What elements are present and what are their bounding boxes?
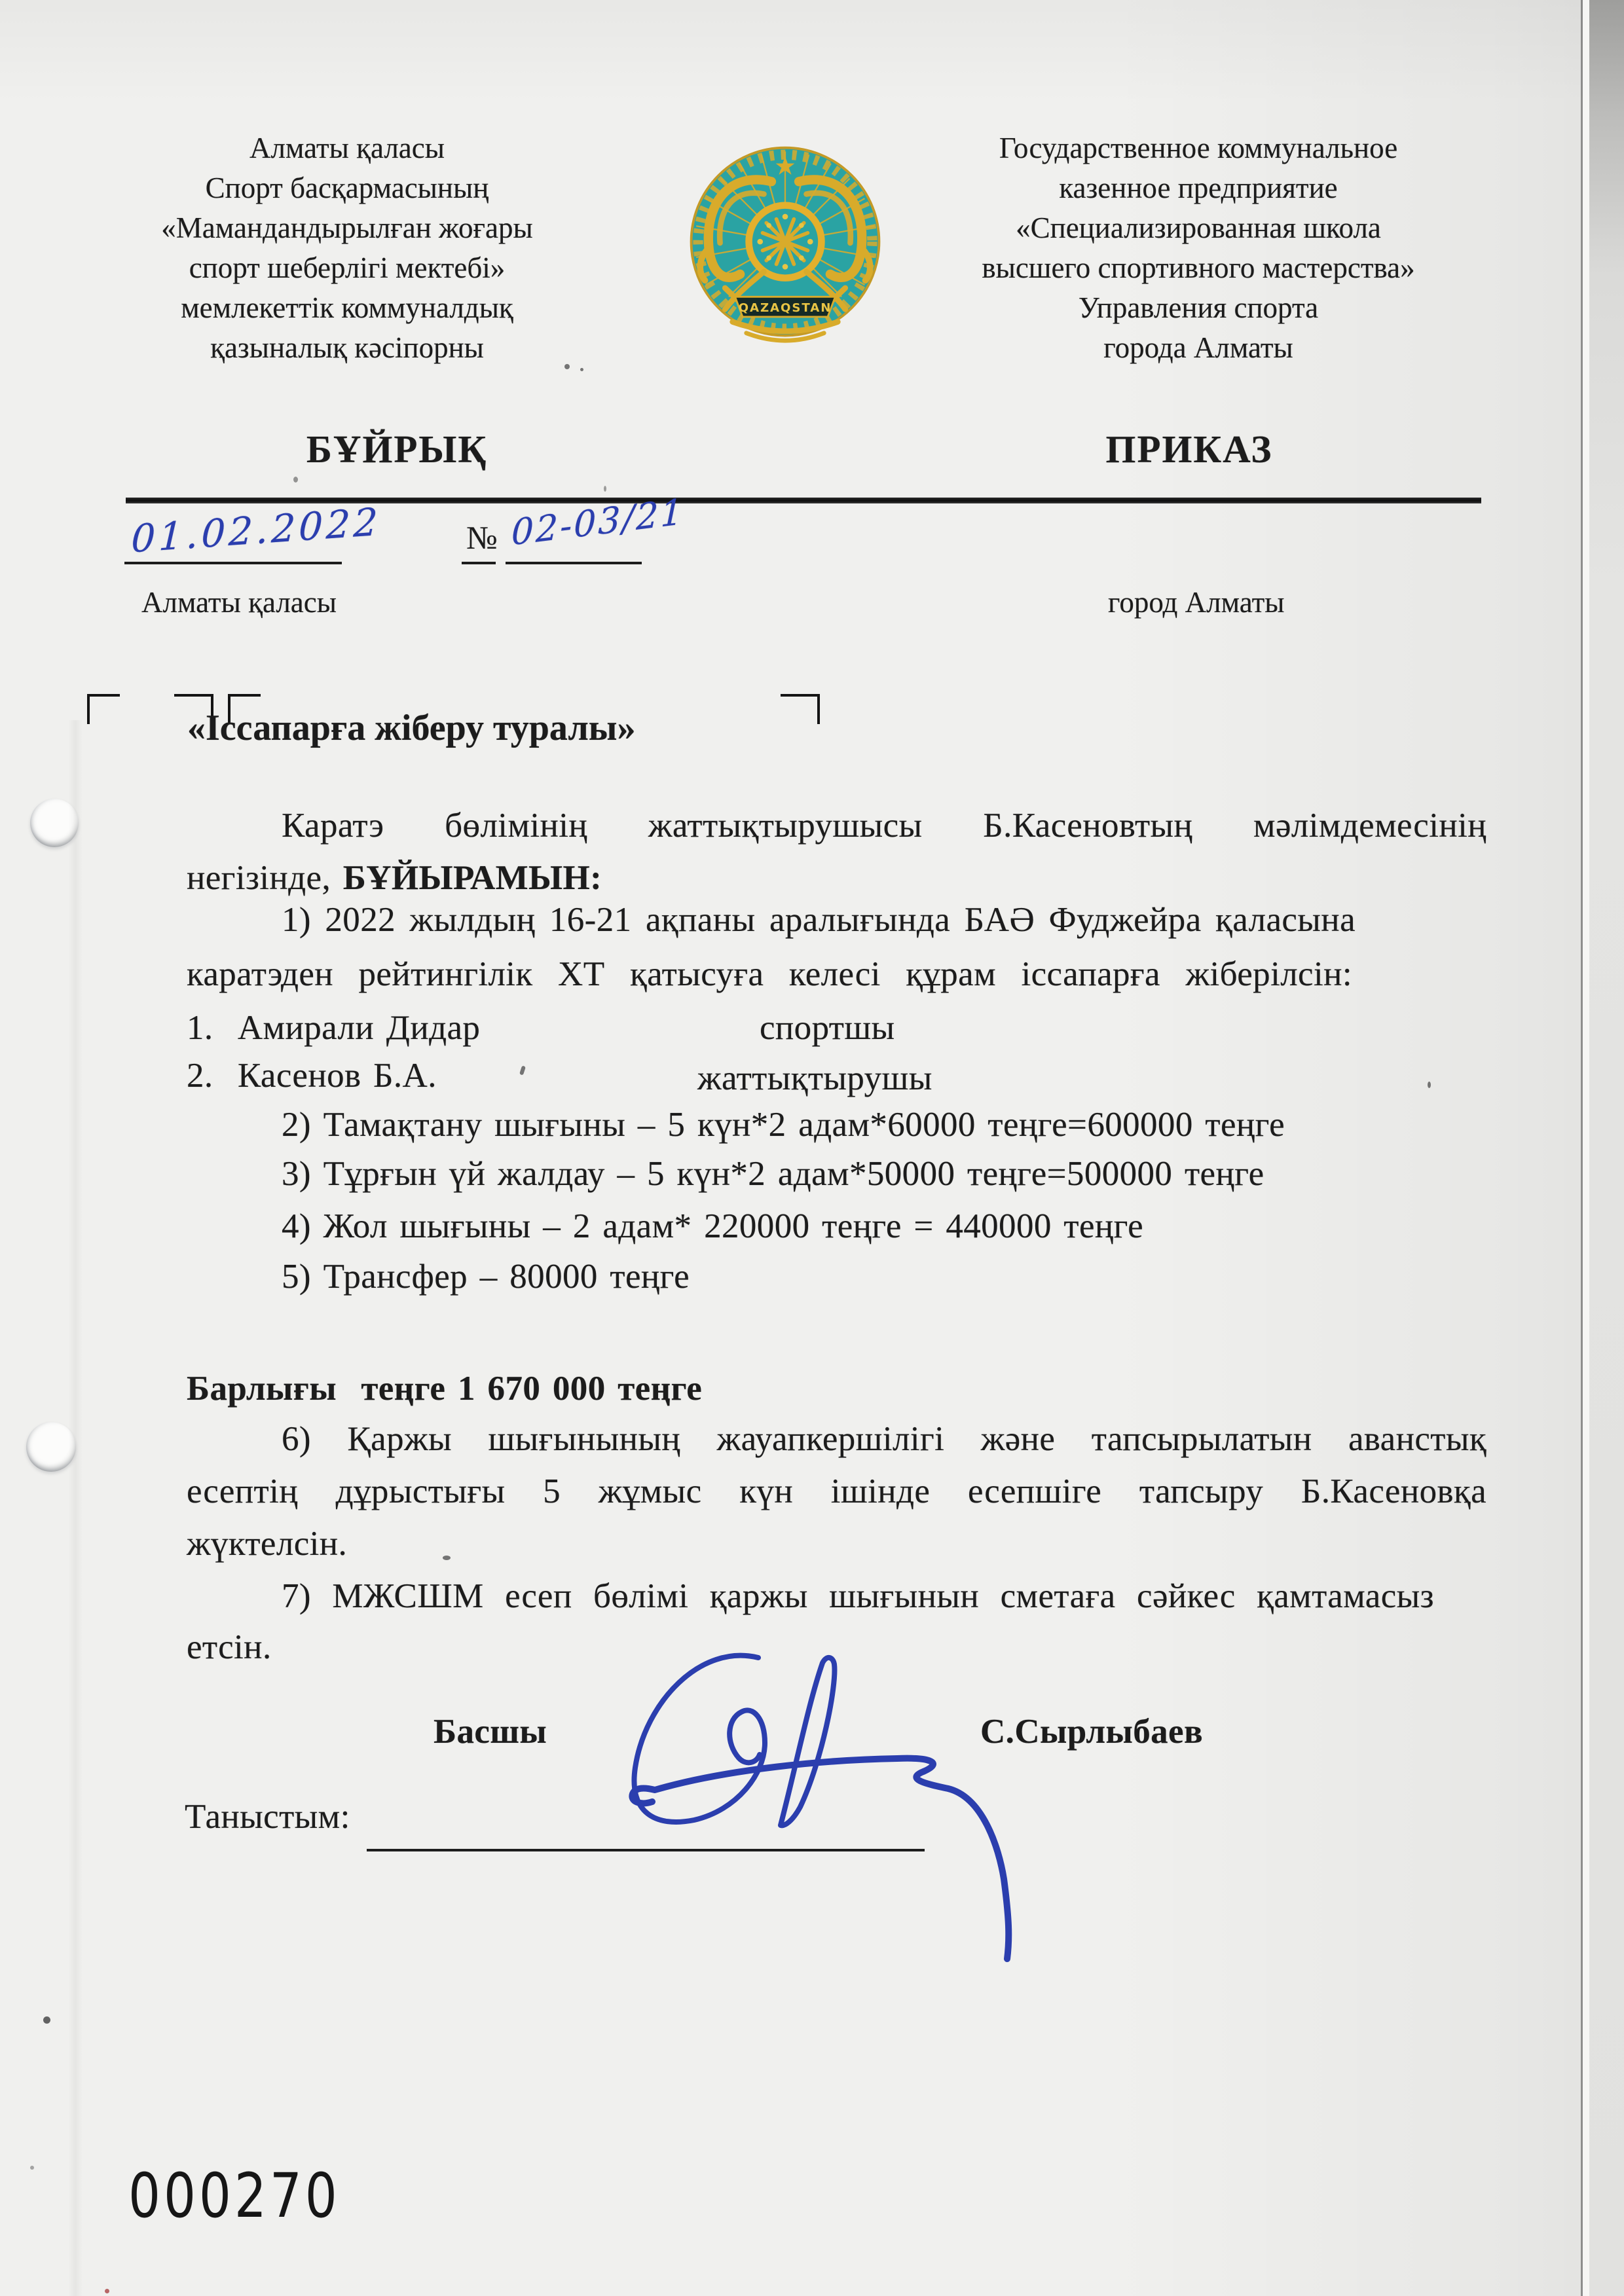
ink-speck <box>443 1556 451 1560</box>
ink-speck <box>30 2166 34 2170</box>
number-underline <box>506 525 642 564</box>
order-title-russian: ПРИКАЗ <box>1058 427 1320 472</box>
ink-speck <box>580 368 583 371</box>
total-line: Барлығы теңге 1 670 000 теңге <box>187 1367 702 1410</box>
field-corner-mark <box>87 694 120 724</box>
order-title-kazakh: БҰЙРЫҚ <box>266 427 528 472</box>
body-line: 1) 2022 жылдың 16-21 ақпаны аралығында Б… <box>282 898 1356 941</box>
org-line: қазыналық кәсіпорны <box>118 328 576 368</box>
field-corner-mark <box>781 694 820 724</box>
ink-speck <box>293 477 298 483</box>
red-speck <box>105 2289 109 2293</box>
acknowledgement-underline <box>367 1807 925 1851</box>
expense-line: 3) Тұрғын үй жалдау – 5 күн*2 адам*50000… <box>282 1152 1264 1195</box>
acknowledged-label: Таныстым: <box>185 1795 350 1838</box>
org-line: казенное предприятие <box>969 168 1428 208</box>
list-item-name: 1. Амирали Дидар <box>187 1006 480 1049</box>
body-line: каратэден рейтингілік ХТ қатысуға келесі… <box>187 953 1352 996</box>
body-line: есептің дұрыстығы 5 жұмыс күн ішінде есе… <box>187 1470 1486 1513</box>
scanner-background <box>1589 0 1624 2296</box>
date-underline <box>124 525 342 564</box>
org-line: Управления спорта <box>969 288 1428 328</box>
emblem-banner-text: QAZAQSTAN <box>739 301 832 315</box>
subject-title: «Іссапарға жіберу туралы» <box>187 707 636 749</box>
ink-speck <box>1428 1082 1431 1088</box>
body-line: негізінде, БҰЙЫРАМЫН: <box>187 856 602 900</box>
body-line: етсін. <box>187 1626 272 1669</box>
place-russian: город Алматы <box>1108 585 1285 619</box>
expense-line: 2) Тамақтану шығыны – 5 күн*2 адам*60000… <box>282 1103 1285 1146</box>
number-sign-underline <box>462 525 496 564</box>
org-name-russian: Государственное коммунальноеказенное пре… <box>969 128 1428 368</box>
ink-speck <box>604 486 606 492</box>
resolution-word: БҰЙЫРАМЫН: <box>343 859 602 897</box>
body-line: 6) Қаржы шығынының жауапкершілігі және т… <box>282 1417 1486 1461</box>
org-name-kazakh: Алматы қаласыСпорт басқармасының«Маманда… <box>118 128 576 368</box>
org-line: города Алматы <box>969 328 1428 368</box>
org-line: Государственное коммунальное <box>969 128 1428 168</box>
org-line: «Специализированная школа <box>969 208 1428 248</box>
expense-line: 4) Жол шығыны – 2 адам* 220000 теңге = 4… <box>282 1205 1143 1248</box>
body-text: негізінде, <box>187 859 343 897</box>
ink-speck <box>564 364 570 369</box>
place-kazakh: Алматы қаласы <box>141 585 337 619</box>
org-line: Алматы қаласы <box>118 128 576 168</box>
list-item-name: 2. Касенов Б.А. <box>187 1054 437 1097</box>
document-number-stamp: 000270 <box>128 2160 341 2232</box>
kazakhstan-state-emblem-icon: QAZAQSTAN <box>685 141 885 346</box>
list-item-role: спортшы <box>760 1006 895 1049</box>
scanned-order-document: Алматы қаласыСпорт басқармасының«Маманда… <box>0 0 1624 2296</box>
org-line: высшего спортивного мастерства» <box>969 248 1428 288</box>
ink-speck <box>43 2016 50 2024</box>
ink-speck <box>519 1065 526 1075</box>
list-item-role: жаттықтырушы <box>697 1057 932 1100</box>
org-line: Спорт басқармасының <box>118 168 576 208</box>
body-line: жүктелсін. <box>187 1522 347 1565</box>
org-line: мемлекеттік коммуналдық <box>118 288 576 328</box>
expense-line: 5) Трансфер – 80000 теңге <box>282 1255 690 1298</box>
body-line: Каратэ бөлімінің жаттықтырушысы Б.Касено… <box>282 804 1486 847</box>
paper-crease <box>68 720 83 2296</box>
org-line: спорт шеберлігі мектебі» <box>118 248 576 288</box>
org-line: «Мамандандырылған жоғары <box>118 208 576 248</box>
signature-ink <box>589 1571 1048 2030</box>
page-edge-highlight <box>1583 0 1589 2296</box>
signer-position-label: Басшы <box>434 1710 547 1753</box>
